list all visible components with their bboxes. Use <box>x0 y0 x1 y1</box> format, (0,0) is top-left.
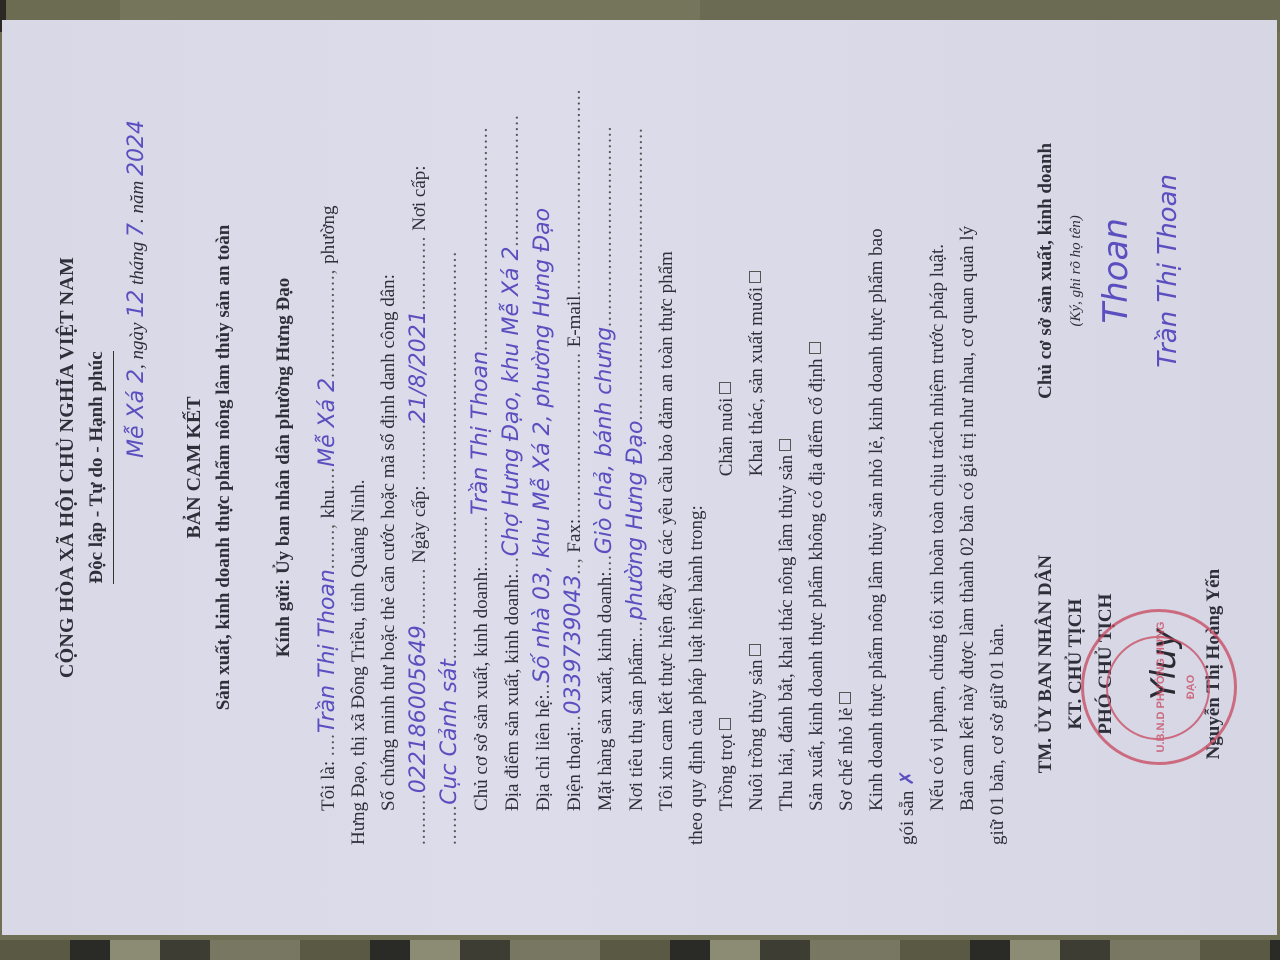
checkbox-chan-nuoi[interactable] <box>719 382 731 394</box>
month-value: 7 <box>124 223 149 237</box>
recipient: Kính gửi: Ủy ban nhân dân phường Hưng Đạ… <box>269 90 299 845</box>
commitment-intro-2: theo quy định của pháp luật hiện hành tr… <box>682 90 712 845</box>
id-label: Số chứng minh thư hoặc thẻ căn cước hoặc… <box>374 90 404 845</box>
contact-address-line: Địa chỉ liên hệ:..Số nhà 03, khu Mễ Xá 2… <box>528 90 559 845</box>
owner-printed-name: Trần Thị Thoan <box>1153 110 1183 432</box>
id-line: .........022186005649.......... Ngày cấp… <box>404 90 435 845</box>
checkbox-thu-hai[interactable] <box>779 439 791 451</box>
checkbox-trong-trot[interactable] <box>719 718 731 730</box>
phone-line: Điện thoại:..0339739043.., Fax:.........… <box>559 90 590 845</box>
national-title: CỘNG HÒA XÃ HỘI CHỦ NGHĨA VIỆT NAM <box>52 90 82 845</box>
location-field[interactable]: Chợ Hưng Đạo, khu Mễ Xá 2 <box>499 246 524 556</box>
checkbox-so-che[interactable] <box>839 692 851 704</box>
official-stamp: U.B.N.D PHƯỜNG HƯNG ĐẠO <box>1081 609 1237 765</box>
year-value: 2024 <box>124 120 149 176</box>
checkbox-khong-dia-diem[interactable] <box>809 343 821 355</box>
name-field[interactable]: Trần Thị Thoan <box>315 569 340 733</box>
location-line: Địa điểm sản xuất, kinh doanh:...Chợ Hưn… <box>497 90 528 845</box>
document-title: BẢN CAM KẾT <box>179 90 209 845</box>
option-row-1: Trồng trọt Chăn nuôi <box>712 90 742 845</box>
motto: Độc lập - Tự do - Hạnh phúc <box>82 351 114 583</box>
document-subtitle: Sản xuất, kinh doanh thực phẩm nông lâm … <box>209 90 239 845</box>
place-value: Mễ Xá 2 <box>124 369 149 458</box>
products-line: Mặt hàng sản xuất, kinh doanh:...Giò chả… <box>590 90 621 845</box>
issue-place-field[interactable]: Cục Cảnh sát <box>437 659 462 805</box>
date-line: Mễ Xá 2, ngày 12 tháng 7. năm 2024 <box>122 90 153 845</box>
owner-field[interactable]: Trần Thị Thoan <box>468 351 493 515</box>
owner-line: Chủ cơ sở sản xuất, kinh doanh:.........… <box>466 90 497 845</box>
day-value: 12 <box>124 290 149 318</box>
products-field[interactable]: Giò chả, bánh chưng <box>592 327 617 554</box>
commitment-intro: Tôi xin cam kết thực hiện đầy đủ các yêu… <box>652 90 682 845</box>
option-row-4: Sản xuất, kinh doanh thực phẩm không có … <box>802 90 832 845</box>
checkbox-nuoi-trong-thuy-san[interactable] <box>749 644 761 656</box>
document-page: CỘNG HÒA XÃ HỘI CHỦ NGHĨA VIỆT NAM Độc l… <box>2 20 1277 935</box>
option-row-5: Sơ chế nhỏ lẻ <box>832 90 862 845</box>
name-line: Tôi là: ....Trần Thị Thoan......., khu..… <box>313 90 344 845</box>
authority-signature: TM. ỦY BAN NHÂN DÂN KT. CHỦ TỊCH PHÓ CHỦ… <box>1031 503 1229 825</box>
contact-address-field[interactable]: Số nhà 03, khu Mễ Xá 2, phường Hưng Đạo <box>530 208 555 683</box>
area-field[interactable]: Mễ Xá 2 <box>315 378 340 467</box>
signature-block: TM. ỦY BAN NHÂN DÂN KT. CHỦ TỊCH PHÓ CHỦ… <box>1031 90 1229 845</box>
option-row-3: Thu hái, đánh bắt, khai thác nông lâm th… <box>772 90 802 845</box>
issue-place-line: .......Cục Cảnh sát.....................… <box>435 90 466 845</box>
issue-date-field[interactable]: 21/8/2021 <box>406 310 431 423</box>
consumption-field[interactable]: phường Hưng Đạo <box>623 421 648 621</box>
checkbox-khai-thac-muoi[interactable] <box>749 271 761 283</box>
checkbox-kinh-doanh-nho-le[interactable]: ✗ <box>896 770 918 786</box>
option-row-2: Nuôi trồng thủy sản Khai thác, sản xuất … <box>742 90 772 845</box>
consumption-line: Nơi tiêu thụ sản phẩm:...phường Hưng Đạo… <box>621 90 652 845</box>
option-row-6-cont: gói sẵn ✗ <box>892 90 923 845</box>
owner-signature-scribble: Thoan <box>1101 110 1131 432</box>
copies-text-2: giữ 01 bản, cơ sở giữ 01 bản. <box>983 90 1013 845</box>
background-bottom <box>0 940 1280 960</box>
option-row-6: Kinh doanh thực phẩm nông lâm thủy sản n… <box>862 90 892 845</box>
copies-text: Bản cam kết này được làm thành 02 bản có… <box>953 90 983 845</box>
address-line: Hưng Đạo, thị xã Đông Triều, tỉnh Quảng … <box>344 90 374 845</box>
id-field[interactable]: 022186005649 <box>406 625 431 793</box>
owner-signature: Chủ cơ sở sản xuất, kinh doanh (Ký, ghi … <box>1031 110 1229 432</box>
phone-field[interactable]: 0339739043 <box>561 575 586 715</box>
violation-text: Nếu có vi phạm, chúng tôi xin hoàn toàn … <box>923 90 953 845</box>
